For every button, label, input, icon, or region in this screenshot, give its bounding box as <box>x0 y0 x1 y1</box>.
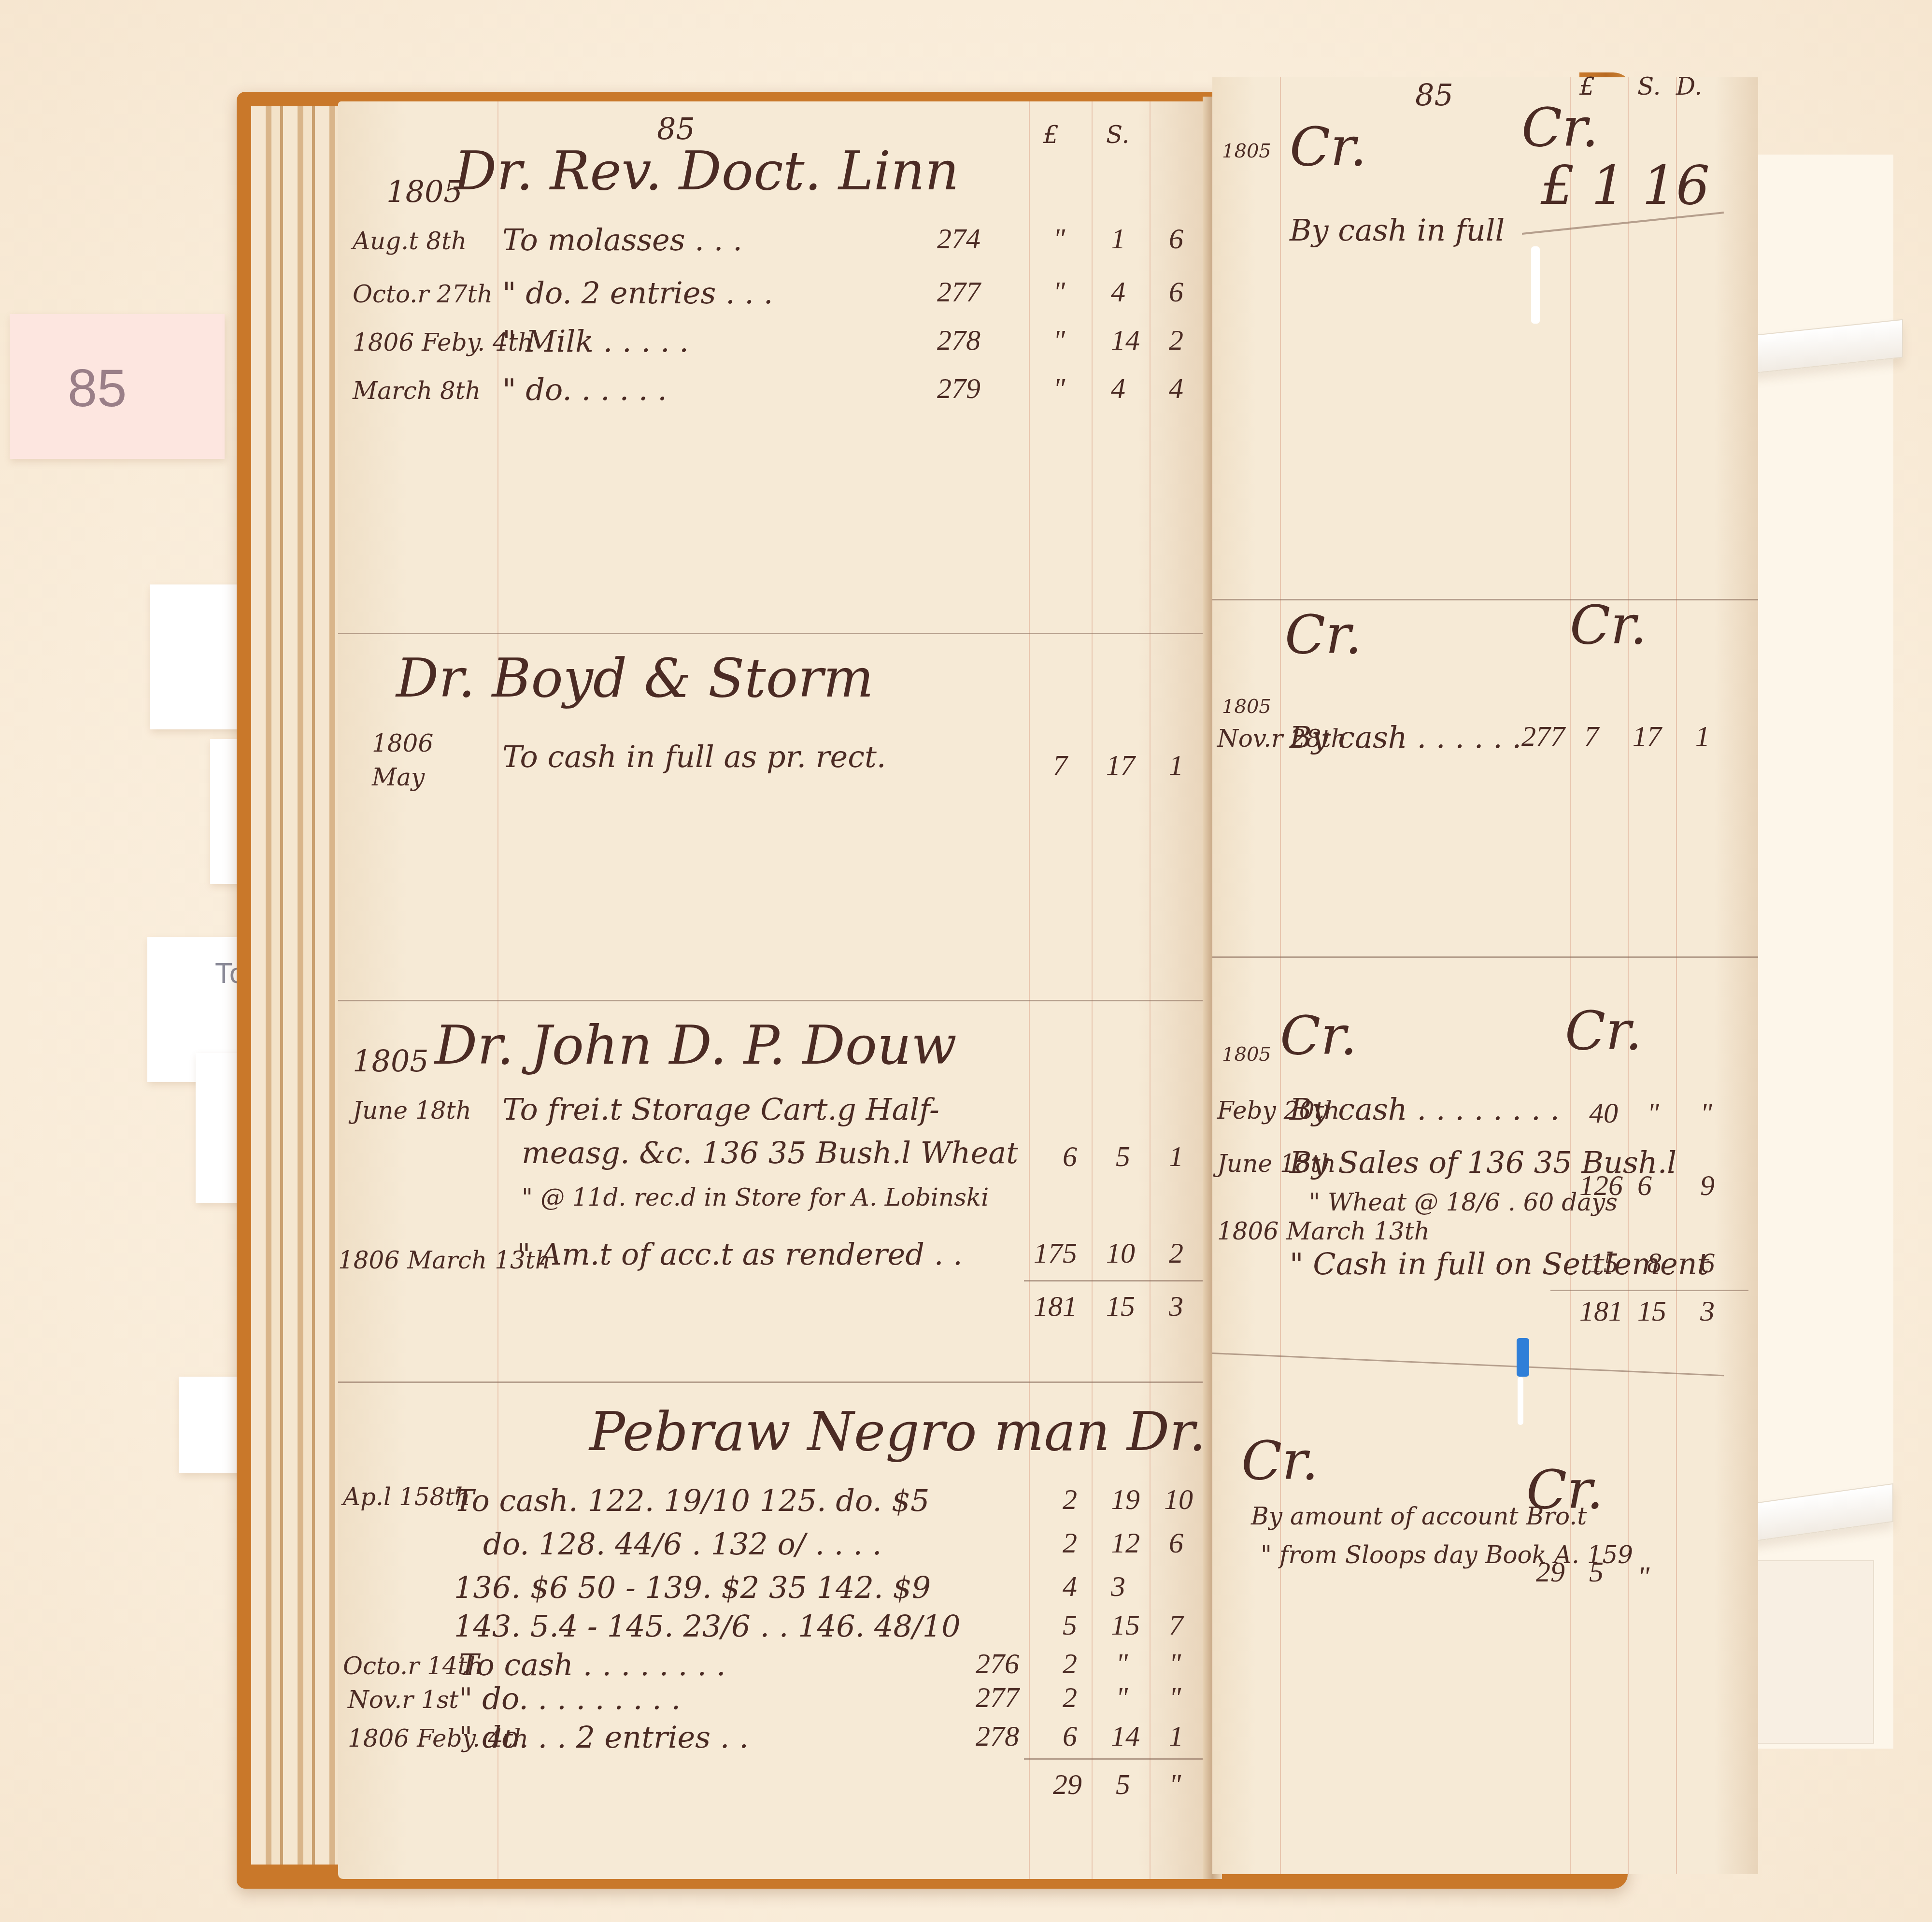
entry-desc: " Milk . . . . . <box>502 324 689 359</box>
entry-desc: 143. 5.4 - 145. 23/6 . . 146. 48/10 <box>454 1609 961 1644</box>
entry-pounds: 6 <box>1063 1140 1077 1173</box>
account-heading-right: Cr. <box>1521 97 1599 158</box>
entry-desc: " do. . . . . . . . . <box>459 1681 681 1716</box>
entry-pence: " <box>1169 1647 1181 1680</box>
entry-shillings: 3 <box>1111 1570 1125 1603</box>
column-header-pounds: £ <box>1043 121 1059 149</box>
entry-shillings: 19 <box>1111 1483 1140 1516</box>
account-year: 1805 <box>386 174 463 209</box>
account-total-pounds: 181 <box>1034 1290 1077 1323</box>
account-year: 1806 <box>372 729 433 757</box>
account-total-shillings: 15 <box>1637 1295 1666 1328</box>
entry-shillings: 5 <box>1116 1140 1130 1173</box>
entry-date: Octo.r 27th <box>353 280 493 308</box>
entry-desc: do. 128. 44/6 . 132 o/ . . . . <box>483 1526 881 1562</box>
right-page: 85 £ S. D. 1805 Cr. Cr. By cash in full … <box>1212 77 1758 1874</box>
entry-pence: " <box>1169 1681 1181 1714</box>
entry-pounds: 7 <box>1584 720 1599 753</box>
entry-ref: 276 <box>976 1647 1019 1680</box>
account-heading-right: Cr. <box>1570 594 1647 656</box>
entry-pounds: 15 <box>1589 1246 1618 1280</box>
entry-ref: 278 <box>976 1720 1019 1753</box>
entry-pounds: 2 <box>1063 1483 1077 1516</box>
account-total-pence: 3 <box>1169 1290 1183 1323</box>
account-year: 1805 <box>1222 140 1271 162</box>
entry-pounds: " <box>1053 372 1065 405</box>
entry-pounds: 6 <box>1063 1720 1077 1753</box>
entry-pounds: " <box>1053 324 1065 357</box>
account-year: 1805 <box>1222 1043 1271 1066</box>
entry-pence: 1 <box>1169 749 1183 782</box>
entry-pounds: " <box>1053 275 1065 309</box>
left-page: 85 £ S. 1805 Dr. Rev. Doct. Linn Aug.t 8… <box>338 101 1207 1879</box>
entry-pounds: 7 <box>1053 749 1067 782</box>
column-header-shillings: S. <box>1637 72 1661 100</box>
entry-desc-cont: measg. &c. 136 35 Bush.l Wheat <box>522 1135 1018 1170</box>
entry-pounds: 5 <box>1063 1609 1077 1642</box>
entry-desc: " do. 2 entries . . . <box>502 275 773 311</box>
column-header-pence: D. <box>1676 72 1702 100</box>
page-number-note: 85 <box>10 314 225 459</box>
account-heading: Pebraw Negro man Dr. <box>589 1401 1206 1463</box>
entry-ref: 278 <box>937 324 980 357</box>
entry-pence: 6 <box>1700 1246 1715 1280</box>
account-heading: Cr. <box>1290 116 1367 178</box>
account-heading: Cr. <box>1285 604 1362 666</box>
entry-date: 1806 March 13th <box>1217 1217 1430 1245</box>
entry-pence: 9 <box>1700 1169 1715 1202</box>
page-clip-blue <box>1517 1338 1529 1377</box>
entry-date: Ap.l 158th <box>343 1483 470 1511</box>
entry-desc: " Cash in full on Settlement <box>1290 1246 1709 1281</box>
entry-shillings: " <box>1647 1096 1659 1130</box>
ledger-book: 85 £ S. 1805 Dr. Rev. Doct. Linn Aug.t 8… <box>237 68 1633 1894</box>
entry-desc: To frei.t Storage Cart.g Half- <box>502 1092 939 1127</box>
entry-shillings: 15 <box>1111 1609 1140 1642</box>
entry-desc: " do. . . . . . <box>502 372 667 407</box>
entry-pence: 6 <box>1169 222 1183 256</box>
entry-date: Aug.t 8th <box>353 227 467 255</box>
column-header-shillings: S. <box>1106 121 1129 149</box>
entry-desc: To cash . . . . . . . . <box>459 1647 725 1682</box>
entry-pence: 6 <box>1169 275 1183 309</box>
account-total-pounds: 181 <box>1579 1295 1623 1328</box>
entry-pence: 6 <box>1169 1526 1183 1560</box>
entry-shillings: 8 <box>1647 1246 1662 1280</box>
page-clip-white <box>1531 246 1540 324</box>
entry-shillings: 4 <box>1111 372 1125 405</box>
entry-shillings: " <box>1116 1681 1128 1714</box>
account-heading: Cr. <box>1241 1430 1319 1492</box>
entry-pence: 10 <box>1164 1483 1193 1516</box>
entry-ref: 279 <box>937 372 980 405</box>
entry-pence: 4 <box>1169 372 1183 405</box>
entry-pence: 1 <box>1695 720 1710 753</box>
entry-date: May <box>372 763 425 791</box>
entry-pounds: 29 <box>1536 1555 1565 1589</box>
entry-desc: By cash . . . . . . <box>1290 720 1521 755</box>
page-number-note-text: 85 <box>68 357 127 419</box>
entry-pounds: 175 <box>1034 1237 1077 1270</box>
entry-desc: By cash . . . . . . . . <box>1290 1092 1560 1127</box>
entry-ref: 274 <box>937 222 980 256</box>
entry-shillings: " <box>1116 1647 1128 1680</box>
entry-desc: " do. . . 2 entries . . <box>459 1720 749 1755</box>
account-total-pounds: 29 <box>1053 1768 1082 1801</box>
entry-amount: £ 1 16 <box>1541 155 1710 216</box>
entry-shillings: 17 <box>1633 720 1662 753</box>
account-heading: Cr. <box>1280 1005 1357 1067</box>
account-heading: Dr. John D. P. Douw <box>435 1014 957 1076</box>
entry-shillings: 4 <box>1111 275 1125 309</box>
account-heading-right: Cr. <box>1565 1000 1642 1062</box>
entry-pence: " <box>1700 1096 1712 1130</box>
entry-shillings: 10 <box>1106 1237 1135 1270</box>
entry-desc: To cash. 122. 19/10 125. do. $5 <box>454 1483 930 1518</box>
entry-pence: " <box>1637 1560 1649 1594</box>
entry-pounds: 4 <box>1063 1570 1077 1603</box>
account-heading: Dr. Rev. Doct. Linn <box>454 140 959 202</box>
account-heading: Dr. Boyd & Storm <box>396 647 874 709</box>
account-total-shillings: 15 <box>1106 1290 1135 1323</box>
entry-desc: By amount of account Bro.t <box>1251 1502 1587 1530</box>
account-total-pence: 3 <box>1700 1295 1715 1328</box>
entry-desc-cont: " from Sloops day Book A. 159 <box>1261 1541 1633 1569</box>
entry-shillings: 12 <box>1111 1526 1140 1560</box>
account-total-shillings: 5 <box>1116 1768 1130 1801</box>
folio-number: 85 <box>1415 77 1453 113</box>
entry-shillings: 5 <box>1589 1555 1604 1589</box>
entry-desc: 136. $6 50 - 139. $2 35 142. $9 <box>454 1570 931 1605</box>
entry-pounds: 40 <box>1589 1096 1618 1130</box>
entry-pence: 2 <box>1169 1237 1183 1270</box>
entry-pounds: 126 <box>1579 1169 1623 1202</box>
page-clip-white <box>1518 1377 1523 1425</box>
entry-ref: 277 <box>937 275 980 309</box>
entry-shillings: 6 <box>1637 1169 1652 1202</box>
entry-pence: 7 <box>1169 1609 1183 1642</box>
account-year: 1805 <box>353 1043 429 1079</box>
account-total-pence: " <box>1169 1768 1181 1801</box>
entry-desc-cont: " Wheat @ 18/6 . 60 days <box>1309 1188 1618 1216</box>
entry-pence: 1 <box>1169 1140 1183 1173</box>
entry-desc-cont: " @ 11d. rec.d in Store for A. Lobinski <box>522 1183 989 1211</box>
entry-date: Nov.r 1st <box>348 1686 458 1714</box>
entry-desc: " Am.t of acc.t as rendered . . <box>517 1237 963 1272</box>
entry-date: March 8th <box>353 377 481 405</box>
account-year: 1805 <box>1222 696 1271 718</box>
entry-pounds: " <box>1053 222 1065 256</box>
entry-shillings: 14 <box>1111 1720 1140 1753</box>
entry-shillings: 14 <box>1111 324 1140 357</box>
entry-desc: To cash in full as pr. rect. <box>502 739 886 774</box>
entry-desc: By cash in full <box>1290 213 1505 248</box>
entry-pence: 1 <box>1169 1720 1183 1753</box>
entry-pounds: 2 <box>1063 1681 1077 1714</box>
entry-ref: 277 <box>1521 720 1565 753</box>
entry-shillings: 1 <box>1111 222 1125 256</box>
entry-shillings: 17 <box>1106 749 1135 782</box>
entry-ref: 277 <box>976 1681 1019 1714</box>
entry-desc: To molasses . . . <box>502 222 742 257</box>
entry-date: June 18th <box>353 1096 471 1125</box>
entry-pence: 2 <box>1169 324 1183 357</box>
entry-pounds: 2 <box>1063 1526 1077 1560</box>
entry-pounds: 2 <box>1063 1647 1077 1680</box>
